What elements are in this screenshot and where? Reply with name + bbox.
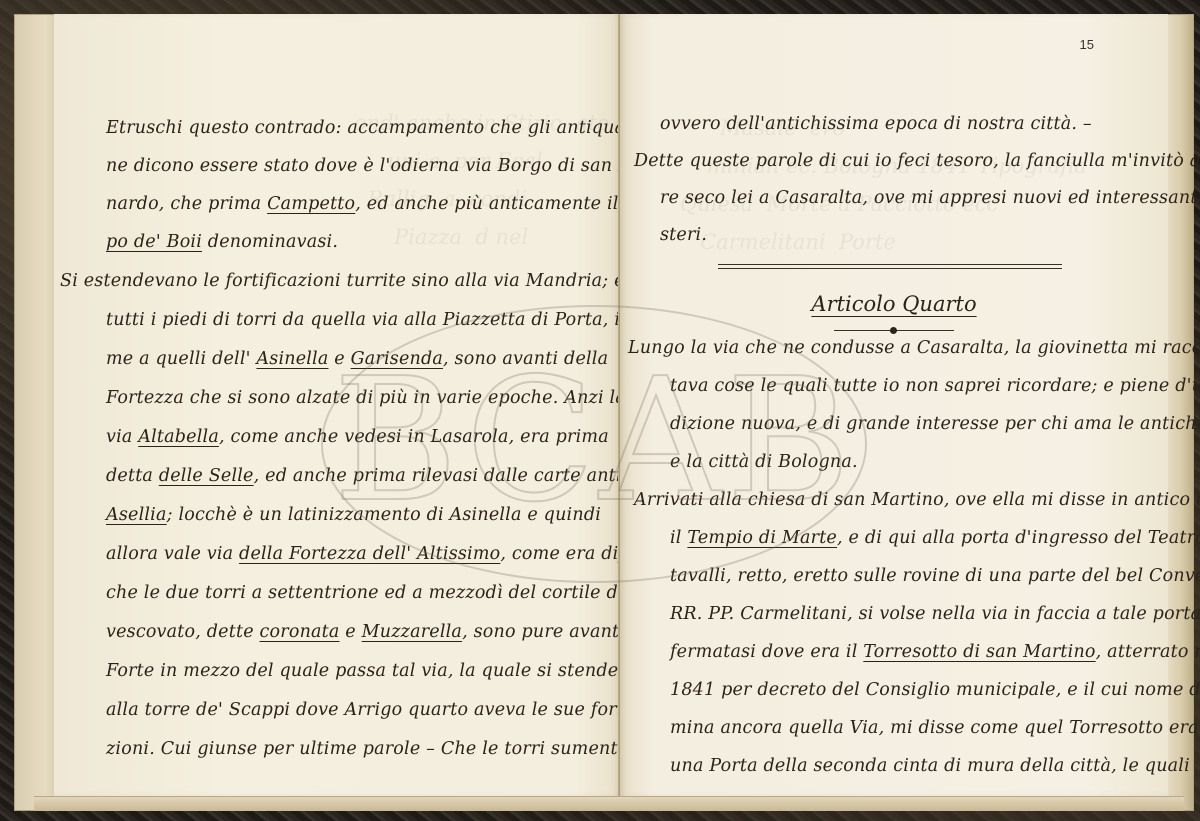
text-line-part: e <box>329 349 351 369</box>
text-line-part: fermatasi dove era il <box>670 642 863 662</box>
text-line: tavalli, retto, eretto sulle rovine di u… <box>670 566 1200 586</box>
left-page-text: Etruschi questo contrado: accampamento c… <box>54 14 620 796</box>
text-line: Asellia; locchè è un latinizzamento di A… <box>106 505 601 525</box>
text-line: ne dicono essere stato dove è l'odierna … <box>106 156 657 176</box>
text-line: una Porta della seconda cinta di mura de… <box>670 756 1190 776</box>
underlined-term: Altabella <box>138 427 219 447</box>
text-line-part: , sono avanti della <box>443 349 608 369</box>
text-line: che le due torri a settentrione ed a mez… <box>106 583 686 603</box>
underlined-term: delle Selle <box>159 466 254 486</box>
underlined-term: Muzzarella <box>362 622 462 642</box>
text-line: e la città di Bologna. <box>670 452 858 472</box>
text-line: vescovato, dette coronata e Muzzarella, … <box>106 622 659 642</box>
underlined-term: Garisenda <box>351 349 443 369</box>
text-line-part: allora vale via <box>106 544 239 564</box>
underlined-term: Asellia <box>106 505 167 525</box>
text-line: nardo, che prima Campetto, ed anche più … <box>106 194 665 214</box>
text-line: tutti i piedi di torri da quella via all… <box>106 310 663 330</box>
right-page-body: Lungo la via che ne condusse a Casaralta… <box>620 14 1168 796</box>
text-line-part: detta <box>106 466 159 486</box>
text-line: il Tempio di Marte, e di qui alla porta … <box>670 528 1200 548</box>
text-line: zioni. Cui giunse per ultime parole – Ch… <box>106 739 673 759</box>
text-line: RR. PP. Carmelitani, si volse nella via … <box>670 604 1200 624</box>
text-line-part: , come anche vedesi in Lasarola, era pri… <box>219 427 609 447</box>
text-line: fermatasi dove era il Torresotto di san … <box>670 642 1200 662</box>
text-line-part: , atterrato nel <box>1096 642 1200 662</box>
underlined-term: po de' Boii <box>106 232 202 252</box>
open-book: ond' anche in Stirio ato uni a per Ecal … <box>14 14 1194 811</box>
text-line: Lungo la via che ne condusse a Casaralta… <box>628 338 1200 358</box>
text-line: Arrivati alla chiesa di san Martino, ove… <box>634 490 1200 510</box>
underlined-term: Campetto <box>267 194 355 214</box>
text-line-part: , e di qui alla porta d'ingresso del Tea… <box>837 528 1200 548</box>
underlined-term: Asinella <box>256 349 328 369</box>
text-line: detta delle Selle, ed anche prima rileva… <box>106 466 660 486</box>
text-line: via Altabella, come anche vedesi in Lasa… <box>106 427 609 447</box>
text-line: allora vale via della Fortezza dell' Alt… <box>106 544 669 564</box>
text-line-part: via <box>106 427 138 447</box>
text-line: Fortezza che si sono alzate di più in va… <box>106 388 626 408</box>
text-line: po de' Boii denominavasi. <box>106 232 338 252</box>
text-line: Si estendevano le fortificazioni turrite… <box>60 271 625 291</box>
right-page: Masale ero miniali ec. Bologna 1841 Tipo… <box>620 14 1168 796</box>
text-line-part: il <box>670 528 687 548</box>
text-line-part: nardo, che prima <box>106 194 267 214</box>
underlined-term: Tempio di Marte <box>687 528 837 548</box>
text-line: 1841 per decreto del Consiglio municipal… <box>670 680 1200 700</box>
text-line: me a quelli dell' Asinella e Garisenda, … <box>106 349 608 369</box>
underlined-term: della Fortezza dell' Altissimo <box>239 544 500 564</box>
underlined-term: Torresotto di san Martino <box>863 642 1095 662</box>
text-line-part: denominavasi. <box>202 232 338 252</box>
text-line-part: vescovato, dette <box>106 622 260 642</box>
underlined-term: coronata <box>260 622 340 642</box>
left-page: ond' anche in Stirio ato uni a per Ecal … <box>54 14 620 796</box>
text-line: dizione nuova, e di grande interesse per… <box>670 414 1200 434</box>
text-line-part: , ed anche prima rilevasi dalle carte an… <box>254 466 660 486</box>
text-line: mina ancora quella Via, mi disse come qu… <box>670 718 1199 738</box>
text-line-part: e <box>340 622 362 642</box>
text-line: Etruschi questo contrado: accampamento c… <box>106 118 640 138</box>
text-line-part: , ed anche più anticamente il <box>355 194 624 214</box>
text-line-part: me a quelli dell' <box>106 349 256 369</box>
text-line: Forte in mezzo del quale passa tal via, … <box>106 661 661 681</box>
page-block-edge <box>34 796 1184 811</box>
text-line: alla torre de' Scappi dove Arrigo quarto… <box>106 700 669 720</box>
text-line: tava cose le quali tutte io non saprei r… <box>670 376 1200 396</box>
text-line-part: ; locchè è un latinizzamento di Asinella… <box>167 505 601 525</box>
